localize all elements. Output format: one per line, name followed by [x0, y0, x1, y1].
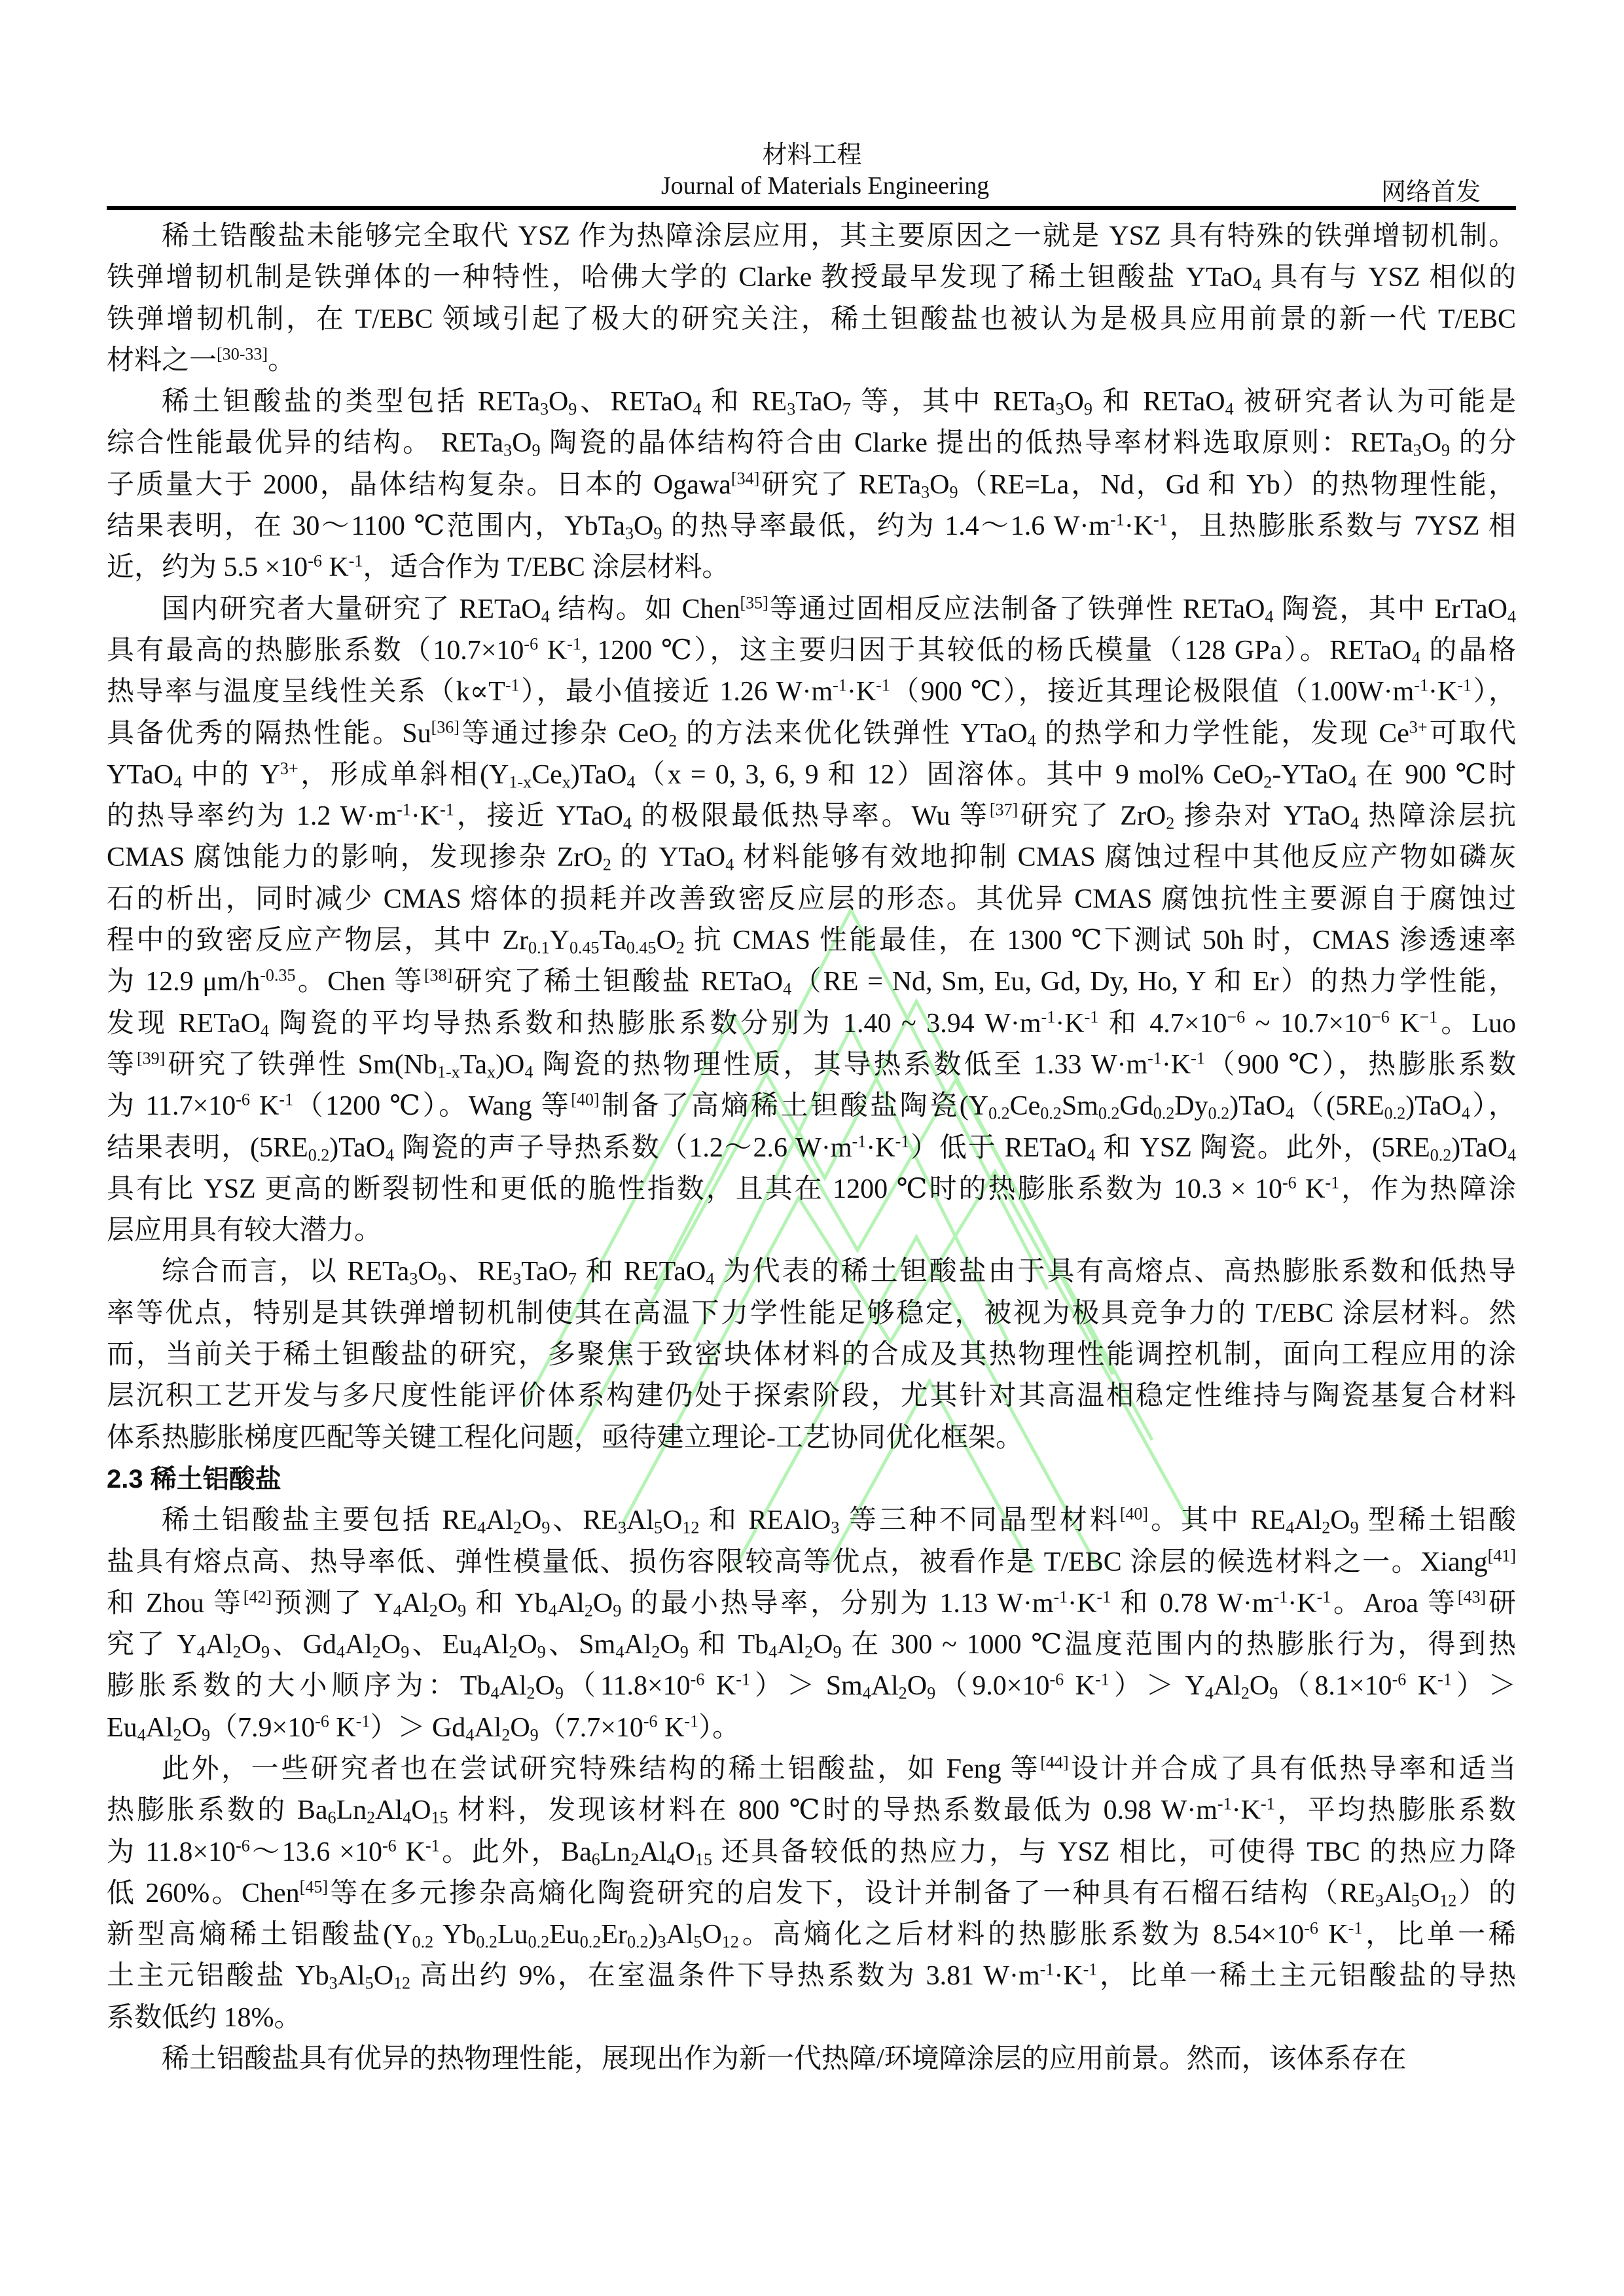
text-line: 层沉积工艺开发与多尺度性能评价体系构建仍处于探索阶段，尤其针对其高温相稳定性维持… — [107, 1376, 1516, 1417]
text-line: 和 Zhou 等[42]预测了 Y4Al2O9 和 Yb4Al2O9 的最小热导… — [107, 1583, 1516, 1624]
text-line: 而，当前关于稀土钽酸盐的研究，多聚焦于致密块体材料的合成及其热物理性能调控机制，… — [107, 1335, 1516, 1376]
header-divider — [107, 206, 1516, 210]
text-line: 体系热膨胀梯度匹配等关键工程化问题，亟待建立理论-工艺协同优化框架。 — [107, 1418, 1516, 1459]
text-line: CMAS 腐蚀能力的影响，发现掺杂 ZrO2 的 YTaO4 材料能够有效地抑制… — [107, 837, 1516, 878]
text-line: 程中的致密反应产物层，其中 Zr0.1Y0.45Ta0.45O2 抗 CMAS … — [107, 920, 1516, 961]
paragraph-aluminate-types: 稀土铝酸盐主要包括 RE4Al2O9、RE3Al5O12 和 REAlO3 等三… — [107, 1500, 1516, 1749]
text-line: 铁弹增韧机制是铁弹体的一种特性，哈佛大学的 Clarke 教授最早发现了稀土钽酸… — [107, 257, 1516, 298]
paragraph-aluminate-outlook: 稀土铝酸盐具有优异的热物理性能，展现出作为新一代热障/环境障涂层的应用前景。然而… — [107, 2039, 1516, 2080]
text-line: 此外，一些研究者也在尝试研究特殊结构的稀土铝酸盐，如 Feng 等[44]设计并… — [107, 1749, 1516, 1790]
text-line: 综合性能最优异的结构。 RETa3O9 陶瓷的晶体结构符合由 Clarke 提出… — [107, 423, 1516, 464]
paragraph-ferroelastic-intro: 稀土锆酸盐未能够完全取代 YSZ 作为热障涂层应用，其主要原因之一就是 YSZ … — [107, 216, 1516, 382]
text-line: 的热导率约为 1.2 W·m-1·K-1，接近 YTaO4 的极限最低热导率。W… — [107, 796, 1516, 837]
text-line: 究了 Y4Al2O9、Gd4Al2O9、Eu4Al2O9、Sm4Al2O9 和 … — [107, 1624, 1516, 1666]
journal-title-cn: 材料工程 — [0, 134, 1624, 170]
text-line: 综合而言，以 RETa3O9、RE3TaO7 和 RETaO4 为代表的稀土钽酸… — [107, 1251, 1516, 1293]
text-line: 材料之一[30-33]。 — [107, 340, 1516, 382]
article-body: 稀土锆酸盐未能够完全取代 YSZ 作为热障涂层应用，其主要原因之一就是 YSZ … — [107, 216, 1516, 2080]
text-line: 系数低约 18%。 — [107, 1998, 1516, 2039]
text-line: 具备优秀的隔热性能。Su[36]等通过掺杂 CeO2 的方法来优化铁弹性 YTa… — [107, 713, 1516, 755]
text-line: 热导率与温度呈线性关系（k∝T-1），最小值接近 1.26 W·m-1·K-1（… — [107, 672, 1516, 713]
text-line: 为 11.7×10-6 K-1（1200 ℃）。Wang 等[40]制备了高熵稀… — [107, 1086, 1516, 1127]
section-heading: 2.3 稀土铝酸盐 — [107, 1459, 1516, 1500]
text-line: 稀土锆酸盐未能够完全取代 YSZ 作为热障涂层应用，其主要原因之一就是 YSZ … — [107, 216, 1516, 257]
text-line: 具有比 YSZ 更高的断裂韧性和更低的脆性指数，且其在 1200 ℃时的热膨胀系… — [107, 1169, 1516, 1210]
text-line: 膨胀系数的大小顺序为：Tb4Al2O9（11.8×10-6 K-1）＞ Sm4A… — [107, 1666, 1516, 1707]
text-line: 具有最高的热膨胀系数（10.7×10-6 K-1, 1200 ℃），这主要归因于… — [107, 630, 1516, 672]
text-line: Eu4Al2O9（7.9×10-6 K-1）＞ Gd4Al2O9（7.7×10-… — [107, 1708, 1516, 1749]
journal-title-en: Journal of Materials Engineering — [661, 171, 989, 200]
text-line: 热膨胀系数的 Ba6Ln2Al4O15 材料，发现该材料在 800 ℃时的导热系… — [107, 1790, 1516, 1831]
text-line: 发现 RETaO4 陶瓷的平均导热系数和热膨胀系数分别为 1.40 ~ 3.94… — [107, 1003, 1516, 1045]
text-line: 稀土铝酸盐主要包括 RE4Al2O9、RE3Al5O12 和 REAlO3 等三… — [107, 1500, 1516, 1541]
online-first-tag: 网络首发 — [1381, 171, 1481, 207]
text-line: 稀土钽酸盐的类型包括 RETa3O9、RETaO4 和 RE3TaO7 等，其中… — [107, 382, 1516, 423]
text-line: 土主元铝酸盐 Yb3Al5O12 高出约 9%，在室温条件下导热系数为 3.81… — [107, 1956, 1516, 1997]
text-line: 盐具有熔点高、热导率低、弹性模量低、损伤容限较高等优点，被看作是 T/EBC 涂… — [107, 1542, 1516, 1583]
text-line: 铁弹增韧机制，在 T/EBC 领域引起了极大的研究关注，稀土钽酸盐也被认为是极具… — [107, 299, 1516, 340]
paragraph-special-aluminates: 此外，一些研究者也在尝试研究特殊结构的稀土铝酸盐，如 Feng 等[44]设计并… — [107, 1749, 1516, 2039]
text-line: 率等优点，特别是其铁弹增韧机制使其在高温下力学性能足够稳定，被视为极具竞争力的 … — [107, 1293, 1516, 1335]
paragraph-tantalate-types: 稀土钽酸盐的类型包括 RETa3O9、RETaO4 和 RE3TaO7 等，其中… — [107, 382, 1516, 588]
text-line: 国内研究者大量研究了 RETaO4 结构。如 Chen[35]等通过固相反应法制… — [107, 589, 1516, 630]
text-line: 子质量大于 2000，晶体结构复杂。日本的 Ogawa[34]研究了 RETa3… — [107, 465, 1516, 506]
paragraph-tantalate-summary: 综合而言，以 RETa3O9、RE3TaO7 和 RETaO4 为代表的稀土钽酸… — [107, 1251, 1516, 1458]
text-line: YTaO4 中的 Y3+，形成单斜相(Y1-xCex)TaO4（x = 0, 3… — [107, 755, 1516, 796]
text-line: 等[39]研究了铁弹性 Sm(Nb1-xTax)O4 陶瓷的热物理性质，其导热系… — [107, 1045, 1516, 1086]
text-line: 石的析出，同时减少 CMAS 熔体的损耗并改善致密反应层的形态。其优异 CMAS… — [107, 879, 1516, 920]
text-line: 为 12.9 μm/h-0.35。Chen 等[38]研究了稀土钽酸盐 RETa… — [107, 961, 1516, 1003]
text-line: 低 260%。Chen[45]等在多元掺杂高熵化陶瓷研究的启发下，设计并制备了一… — [107, 1873, 1516, 1914]
text-line: 结果表明，(5RE0.2)TaO4 陶瓷的声子导热系数（1.2～2.6 W·m-… — [107, 1128, 1516, 1169]
text-line: 新型高熵稀土铝酸盐(Y0.2 Yb0.2Lu0.2Eu0.2Er0.2)3Al5… — [107, 1914, 1516, 1956]
text-line: 近，约为 5.5 ×10-6 K-1，适合作为 T/EBC 涂层材料。 — [107, 547, 1516, 588]
text-line: 为 11.8×10-6～13.6 ×10-6 K-1。此外，Ba6Ln2Al4O… — [107, 1832, 1516, 1873]
text-line: 层应用具有较大潜力。 — [107, 1210, 1516, 1251]
text-line: 结果表明，在 30～1100 ℃范围内，YbTa3O9 的热导率最低，约为 1.… — [107, 506, 1516, 547]
paragraph-retao4-research: 国内研究者大量研究了 RETaO4 结构。如 Chen[35]等通过固相反应法制… — [107, 589, 1516, 1252]
section-heading-aluminate: 2.3 稀土铝酸盐 — [107, 1459, 1516, 1500]
text-line: 稀土铝酸盐具有优异的热物理性能，展现出作为新一代热障/环境障涂层的应用前景。然而… — [107, 2039, 1516, 2080]
